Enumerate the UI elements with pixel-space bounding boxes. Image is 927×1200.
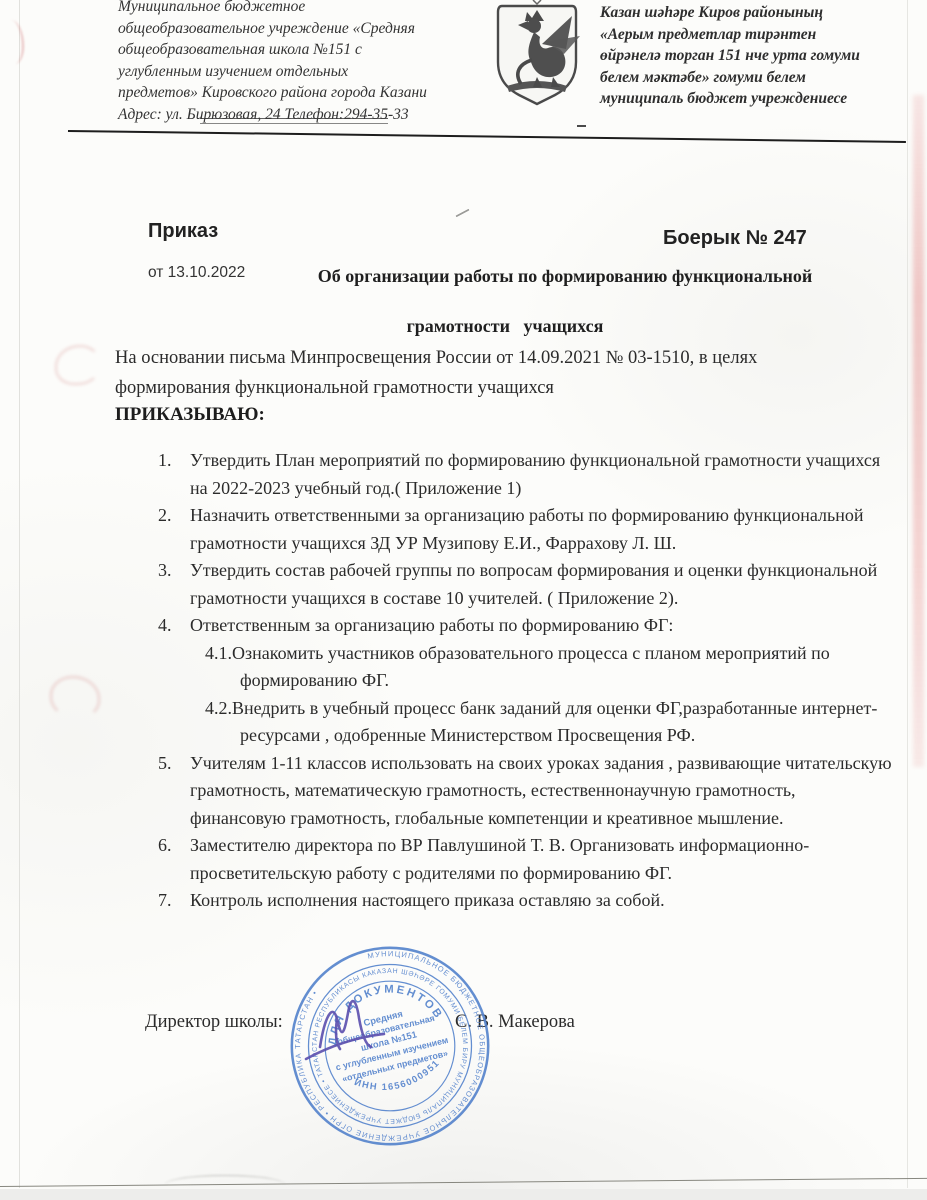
org-name-tt-line: белем мәктәбе» гомуми белем [600,67,918,89]
scanned-order-document: Муниципальное бюджетное общеобразователь… [0,0,927,1200]
signature-label: Директор школы: [145,1012,283,1033]
scanner-background-strip [0,1189,927,1200]
order-title-line1: Об организации работы по формированию фу… [240,266,890,287]
item-text: Назначить ответственными за организацию … [190,505,864,553]
org-name-ru-line: Муниципальное бюджетное [118,0,510,18]
order-item-2: 2. Назначить ответственными за организац… [130,502,893,557]
org-name-ru-line: общеобразовательное учреждение «Средняя [118,18,510,40]
header-divider-line [68,130,906,143]
item-number: 3. [158,557,172,585]
scan-artifact-pink-strip [913,95,924,767]
item-text: Заместителю директора по ВР Павлушиной Т… [190,835,809,883]
item-number: 6. [158,832,172,860]
org-name-ru-line: общеобразовательная школа №151 с [118,39,510,61]
order-item-6: 6. Заместителю директора по ВР Павлушино… [130,832,893,887]
org-name-tt-line: «Аерым предметлар тирәнтен [600,24,918,46]
doc-type-russian: Приказ [148,220,218,243]
org-name-tt-line: муниципаль бюджет учреждениесе [600,88,918,110]
item-number: 4. [158,612,172,640]
scan-artifact-blob [55,345,101,385]
item-text: Утвердить План мероприятий по формирован… [190,450,880,498]
org-name-tt-line: өйрәнелә торган 151 нче урта гомуми [600,45,918,67]
header-underline [200,118,388,124]
director-signature-ink [292,985,422,1080]
decree-word: ПРИКАЗЫВАЮ: [115,404,265,426]
item-number: 2. [158,502,172,530]
item-text: Ответственным за организацию работы по ф… [190,615,673,635]
item-number: 7. [158,887,172,915]
org-name-ru-line: предметов» Кировского района города Каза… [118,82,510,104]
order-items-list: 1. Утвердить План мероприятий по формиро… [130,447,893,915]
order-item-3: 3. Утвердить состав рабочей группы по во… [130,557,893,612]
order-item-5: 5. Учителям 1-11 классов использовать на… [130,750,893,833]
item-text: Контроль исполнения настоящего приказа о… [190,890,665,910]
item-text: Учителям 1-11 классов использовать на св… [190,753,892,828]
order-date: от 13.10.2022 [148,264,245,282]
order-title-line2: грамотности учащихся [240,316,770,337]
org-name-tt-line: Казан шәһәре Киров районының [600,2,918,24]
order-item-4: 4. Ответственным за организацию работы п… [130,612,893,640]
scan-speck [455,209,469,218]
scan-artifact-blob [50,676,100,718]
scan-artifact-corner [2,20,24,64]
order-item-4-2: 4.2.Внедрить в учебный процесс банк зада… [130,695,893,750]
order-item-7: 7. Контроль исполнения настоящего приказ… [130,887,893,915]
order-preamble: На основании письма Минпросвещения Росси… [115,343,863,403]
item-text: Утвердить состав рабочей группы по вопро… [190,560,877,608]
item-number: 5. [158,750,172,778]
org-name-russian: Муниципальное бюджетное общеобразователь… [118,0,510,125]
paper-bottom-edge-line [0,1178,927,1187]
doc-type-tatar-number: Боерык № 247 [663,227,807,250]
page-edge-right [907,0,908,1188]
kazan-coat-of-arms-icon [487,0,587,110]
order-item-4-1: 4.1.Ознакомить участников образовательно… [130,640,893,695]
org-name-tatar: Казан шәһәре Киров районының «Аерым пред… [600,2,918,110]
org-name-ru-line: углубленным изучением отдельных [118,61,510,83]
order-item-1: 1. Утвердить План мероприятий по формиро… [130,447,893,502]
item-number: 1. [158,447,172,475]
page-edge-left [19,0,20,1188]
header-dash [577,125,586,127]
